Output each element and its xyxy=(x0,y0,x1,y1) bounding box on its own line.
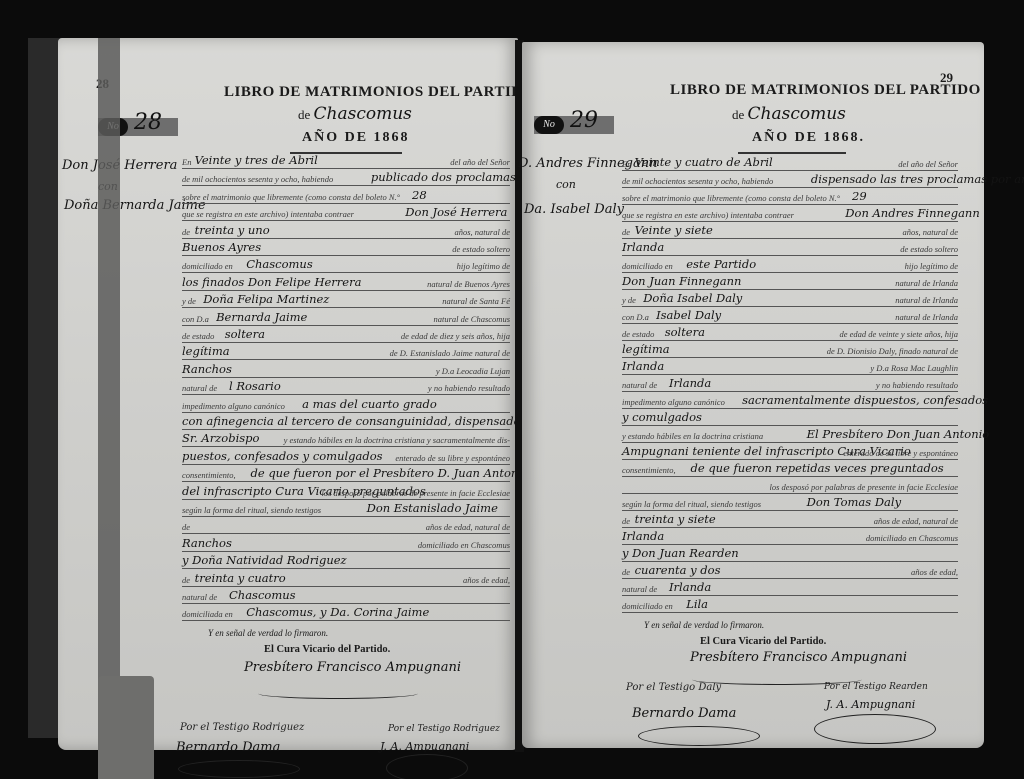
witness-right-signature: J. A. Ampugnani xyxy=(826,698,915,711)
handwritten-text: soltera xyxy=(225,327,265,341)
printed-text: consentimiento, xyxy=(622,465,676,475)
signature-flourish xyxy=(638,726,760,746)
handwritten-text: puestos, confesados y comulgados xyxy=(182,449,383,463)
handwritten-text: cuarenta y dos xyxy=(635,563,721,577)
printed-text: que se registra en este archivo) intenta… xyxy=(622,210,794,220)
printed-text: natural de Chascomus xyxy=(434,314,511,324)
handwritten-text: a mas del cuarto grado xyxy=(302,397,437,411)
handwritten-text: y Doña Natividad Rodriguez xyxy=(182,553,347,567)
entry-number: 29 xyxy=(570,108,598,133)
printed-text: En xyxy=(182,157,191,167)
signature-flourish xyxy=(814,714,936,744)
printed-text: hijo legítimo de xyxy=(457,261,510,271)
printed-text: y D.a Leocadia Lujan xyxy=(436,366,510,376)
printed-text: años de edad, natural de xyxy=(874,516,958,526)
handwritten-text: Bernarda Jaime xyxy=(216,310,307,324)
handwritten-text: Veinte y cuatro de Abril xyxy=(635,155,773,169)
printed-text: de D. Estanislado Jaime natural de xyxy=(390,348,510,358)
signature-flourish xyxy=(178,760,300,778)
page-title: LIBRO DE MATRIMONIOS DEL PARTIDO xyxy=(670,82,981,99)
printed-text: de xyxy=(182,227,190,237)
printed-text: impedimento alguno canónico xyxy=(182,401,285,411)
handwritten-text: Veinte y siete xyxy=(635,223,713,237)
priest-signature: Presbítero Francisco Ampugnani xyxy=(244,660,461,675)
printed-text: años de edad, xyxy=(911,567,958,577)
printed-text: con D.a xyxy=(182,314,209,324)
printed-text: de xyxy=(622,567,630,577)
printed-text: los desposó por palabras de presente in … xyxy=(321,488,510,498)
printed-text: natural de xyxy=(182,592,217,602)
printed-text: y no habiendo resultado xyxy=(876,380,958,390)
handwritten-text: Chascomus xyxy=(229,588,296,602)
printed-text: natural de Irlanda xyxy=(895,312,958,322)
printed-text: años, natural de xyxy=(455,227,511,237)
handwritten-text: Chascomus xyxy=(246,257,313,271)
printed-text: años, natural de xyxy=(903,227,959,237)
handwritten-text: los finados Don Felipe Herrera xyxy=(182,275,361,289)
handwritten-text: Irlanda xyxy=(622,359,664,373)
printed-text: de D. Dionisio Daly, finado natural de xyxy=(827,346,958,356)
printed-text: domiciliado en xyxy=(182,261,233,271)
witness-left-signature: Bernardo Dama xyxy=(632,706,736,721)
binding-strap xyxy=(98,38,120,779)
handwritten-text: l Rosario xyxy=(229,379,281,393)
printed-text: de xyxy=(622,516,630,526)
printed-text: del año del Señor xyxy=(898,159,958,169)
printed-text: y no habiendo resultado xyxy=(428,383,510,393)
year-label: AÑO DE 1868 xyxy=(302,130,410,146)
printed-text: natural de Santa Fé xyxy=(442,296,510,306)
year-label: AÑO DE 1868. xyxy=(752,130,865,146)
printed-text: domiciliado en xyxy=(622,601,673,611)
printed-text: natural de xyxy=(182,383,217,393)
printed-text: hijo legítimo de xyxy=(905,261,958,271)
printed-text: de edad de diez y seis años, hija xyxy=(401,331,510,341)
printed-text: natural de xyxy=(622,584,657,594)
witness-right-signature: J. A. Ampugnani xyxy=(380,740,469,753)
closing-text: Y en señal de verdad lo firmaron. xyxy=(208,628,328,638)
printed-text: del año del Señor xyxy=(450,157,510,167)
printed-text: consentimiento, xyxy=(182,470,236,480)
handwritten-text: 29 xyxy=(852,189,867,203)
handwritten-text: Ranchos xyxy=(182,362,232,376)
handwritten-text: legítima xyxy=(622,342,670,356)
partido-name: Chascomus xyxy=(314,104,412,124)
handwritten-text: Ranchos xyxy=(182,536,232,550)
witness-left-signature: Bernardo Dama xyxy=(176,740,280,755)
printed-text: de estado xyxy=(182,331,214,341)
printed-text: sobre el matrimonio que libremente (como… xyxy=(182,192,400,202)
handwritten-text: Irlanda xyxy=(669,376,711,390)
handwritten-text: treinta y siete xyxy=(635,512,716,526)
printed-text: domiciliado en Chascomus xyxy=(418,540,510,550)
handwritten-text: treinta y uno xyxy=(195,223,270,237)
binding-tab xyxy=(98,676,154,779)
handwritten-text: Don José Herrera xyxy=(405,205,507,219)
printed-text: de estado soltero xyxy=(900,244,958,254)
handwritten-text: soltera xyxy=(665,325,705,339)
printed-text: años de edad, natural de xyxy=(426,522,510,532)
witness-left-label: Por el Testigo Rodriguez xyxy=(180,722,304,733)
printed-text: según la forma del ritual, siendo testig… xyxy=(182,505,321,515)
printed-text: impedimento alguno canónico xyxy=(622,397,725,407)
printed-text: enterado de su libre y espontáneo xyxy=(395,453,510,463)
handwritten-text: y Don Juan Rearden xyxy=(622,546,739,560)
witness-right-label: Por el Testigo Rodriguez xyxy=(388,724,500,734)
handwritten-text: Don Estanislado Jaime xyxy=(367,501,498,515)
handwritten-text: Irlanda xyxy=(622,240,664,254)
partido-line: de Chascomus xyxy=(732,104,846,124)
printed-text: según la forma del ritual, siendo testig… xyxy=(622,499,761,509)
margin-bride: Da. Isabel Daly xyxy=(524,202,624,217)
handwritten-text: de que fueron repetidas veces preguntado… xyxy=(691,461,944,475)
handwritten-text: Don Andres Finnegann xyxy=(845,206,979,220)
priest-signature: Presbítero Francisco Ampugnani xyxy=(690,650,907,665)
printed-text: y de xyxy=(182,296,196,306)
printed-text: años de edad, xyxy=(463,575,510,585)
printed-text: sobre el matrimonio que libremente (como… xyxy=(622,193,840,203)
printed-text: de estado xyxy=(622,329,654,339)
printed-text: domiciliado en xyxy=(622,261,673,271)
signature-flourish xyxy=(386,754,468,779)
printed-text: y estando hábiles en la doctrina cristia… xyxy=(284,435,510,445)
entry-number: 28 xyxy=(134,110,162,135)
closing-text: Y en señal de verdad lo firmaron. xyxy=(644,620,764,630)
partido-name: Chascomus xyxy=(748,104,846,124)
handwritten-text: Lila xyxy=(686,597,708,611)
handwritten-text: Chascomus, y Da. Corina Jaime xyxy=(246,605,429,619)
printed-text: con D.a xyxy=(622,312,649,322)
ruled-line xyxy=(622,612,958,613)
cura-label: El Cura Vicario del Partido. xyxy=(700,636,826,647)
handwritten-text: sacramentalmente dispuestos, confesados xyxy=(742,393,988,407)
handwritten-text: 28 xyxy=(412,188,427,202)
entry-line: domiciliada enChascomus, y Da. Corina Ja… xyxy=(182,602,510,624)
page-title: LIBRO DE MATRIMONIOS DEL PARTIDO xyxy=(224,84,535,101)
handwritten-text: Buenos Ayres xyxy=(182,240,261,254)
handwritten-text: Doña Felipa Martinez xyxy=(203,292,329,306)
signature-flourish xyxy=(258,688,418,699)
printed-text: natural de Irlanda xyxy=(895,278,958,288)
printed-text: y estando hábiles en la doctrina cristia… xyxy=(622,431,763,441)
entry-number-badge: No 29 xyxy=(534,116,614,134)
printed-text: los desposó por palabras de presente in … xyxy=(769,482,958,492)
handwritten-text: dispensado las tres proclamas por antori… xyxy=(811,172,1024,186)
printed-text: domiciliada en xyxy=(182,609,233,619)
printed-text: y de xyxy=(622,295,636,305)
handwritten-text: Don Tomas Daly xyxy=(807,495,901,509)
printed-text: domiciliado en Chascomus xyxy=(866,533,958,543)
printed-text: natural de xyxy=(622,380,657,390)
left-page: 28 LIBRO DE MATRIMONIOS DEL PARTIDO de C… xyxy=(58,38,518,750)
printed-text: de xyxy=(182,522,190,532)
printed-text: de xyxy=(182,575,190,585)
handwritten-text: Doña Isabel Daly xyxy=(643,291,742,305)
handwritten-text: Don Juan Finnegann xyxy=(622,274,741,288)
margin-con: con xyxy=(556,178,576,191)
handwritten-text: Veinte y tres de Abril xyxy=(195,153,318,167)
printed-text: natural de Irlanda xyxy=(895,295,958,305)
printed-text: y D.a Rosa Mac Laughlin xyxy=(870,363,958,373)
handwritten-text: El Presbítero Don Juan Antonio xyxy=(807,427,990,441)
printed-text: que se registra en este archivo) intenta… xyxy=(182,209,354,219)
cura-label: El Cura Vicario del Partido. xyxy=(264,644,390,655)
printed-text: natural de Buenos Ayres xyxy=(427,279,510,289)
printed-text: enterado de su libre y espontáneo xyxy=(843,448,958,458)
handwritten-text: Isabel Daly xyxy=(656,308,721,322)
handwritten-text: treinta y cuatro xyxy=(195,571,286,585)
handwritten-text: Irlanda xyxy=(622,529,664,543)
open-register-book: 28 LIBRO DE MATRIMONIOS DEL PARTIDO de C… xyxy=(0,0,1024,779)
printed-text: de mil ochocientos sesenta y ocho, habie… xyxy=(622,176,773,186)
handwritten-text: Sr. Arzobispo xyxy=(182,431,259,445)
entry-line: domiciliado enLila xyxy=(622,594,958,616)
right-page: 29 LIBRO DE MATRIMONIOS DEL PARTIDO de C… xyxy=(522,42,984,748)
ruled-line xyxy=(182,620,510,621)
handwritten-text: y comulgados xyxy=(622,410,702,424)
printed-text: de mil ochocientos sesenta y ocho, habie… xyxy=(182,174,333,184)
printed-text: En xyxy=(622,159,631,169)
handwritten-text: legítima xyxy=(182,344,230,358)
witness-left-label: Por el Testigo Daly xyxy=(626,682,721,693)
printed-text: de xyxy=(622,227,630,237)
printed-text: de estado soltero xyxy=(452,244,510,254)
witness-right-label: Por el Testigo Rearden xyxy=(824,682,928,692)
handwritten-text: Irlanda xyxy=(669,580,711,594)
printed-text: de edad de veinte y siete años, hija xyxy=(840,329,959,339)
handwritten-text: este Partido xyxy=(686,257,756,271)
partido-line: de Chascomus xyxy=(298,104,412,124)
